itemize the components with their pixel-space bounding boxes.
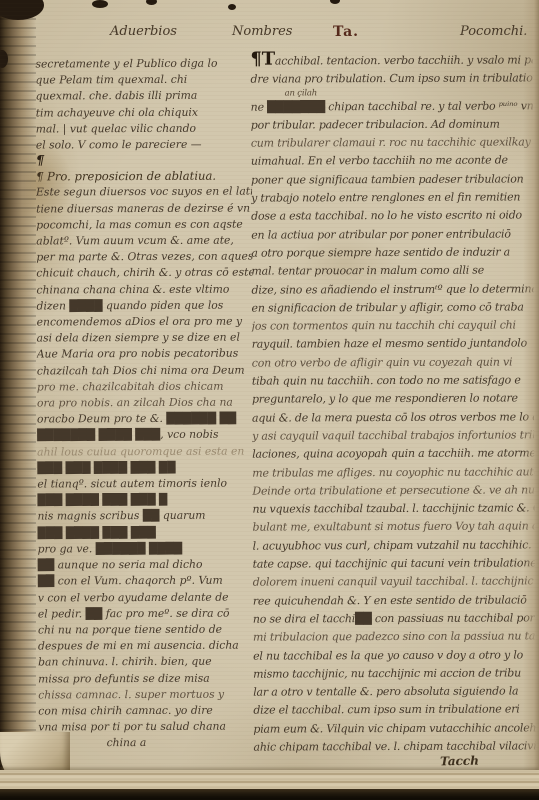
manuscript-line: tiene diuersas maneras de dezirse é vn: [36, 200, 252, 217]
manuscript-line: bulant me, exultabunt si motus fuero Voy…: [252, 518, 534, 538]
manuscript-line: chi nu na porque tiene sentido de: [38, 621, 254, 638]
manuscript-line: en significacion de tribular y afligir, …: [252, 298, 534, 318]
manuscript-line: ██ aunque no seria mal dicho: [38, 557, 254, 574]
manuscript-line: pro me. chazilcabitah dios chicam: [37, 378, 253, 395]
manuscript-line: ahil lous cuiua quoromque asi esta en: [37, 443, 253, 460]
manuscript-line: tate capse. qui tacchijnic qui tacuni ve…: [253, 554, 535, 574]
paper-sheet: Aduerbios Nombres Ta. Pocomchi. secretam…: [0, 0, 539, 800]
manuscript-line: por tribular. padecer tribulacion. Ad do…: [251, 115, 533, 135]
manuscript-line: uimahual. En el verbo tacchiih no me aco…: [251, 152, 533, 172]
manuscript-line: lar a otro v tentalle &. pero absoluta s…: [253, 682, 535, 702]
manuscript-line: el solo. V como le pareciere —: [36, 137, 252, 154]
manuscript-line: el nu tacchibal es la que yo causo v doy…: [253, 646, 535, 666]
manuscript-line: vna misa por ti por tu salud chana: [38, 719, 254, 736]
manuscript-line: ███ ███ ████ ███ ██: [37, 459, 253, 476]
manuscript-line: el pedir. ██ fac pro meº. se dira cō: [38, 605, 254, 622]
manuscript-line: dre viana pro tribulation. Cum ipso sum …: [251, 70, 533, 90]
manuscript-line: quexmal. che. dabis illi prima: [36, 88, 252, 105]
manuscript-line: ahic chipam tacchibal ve. l. chipam tacc…: [253, 737, 535, 757]
manuscript-line: rayquil. tambien haze el mesmo sentido j…: [252, 335, 534, 355]
manuscript-line: que Pelam tim quexmal. chi: [36, 72, 252, 89]
manuscript-line: ban chinuva. l. chirih. bien, que: [38, 654, 254, 671]
binding-gutter: [0, 0, 36, 800]
manuscript-line: encomendemos aDios el ora pro me y: [37, 314, 253, 331]
running-head-pocomchi: Pocomchi.: [460, 24, 527, 39]
manuscript-line: ¶ Pro. preposicion de ablatiua.: [36, 168, 252, 185]
manuscript-line: y trabajo notelo entre renglones en el f…: [251, 188, 533, 208]
manuscript-line: ███████ ████ ███, vco nobis: [37, 427, 253, 444]
manuscript-line: mi tribulacion que padezco sino con la p…: [253, 628, 535, 648]
manuscript-line: el tianqº. sicut autem timoris ienlo: [37, 476, 253, 493]
catchword: Tacch: [440, 754, 479, 769]
ink-damage-spot: [0, 0, 44, 20]
running-head-letter-ta: Ta.: [333, 24, 359, 40]
manuscript-line: despues de mi en mi ausencia. dicha: [38, 638, 254, 655]
manuscript-line: ¶: [36, 153, 252, 169]
manuscript-line: con otro verbo de afligir quin vu coyeza…: [252, 353, 534, 373]
manuscript-line: ora pro nobis. an zilcah Dios cha na: [37, 395, 253, 412]
manuscript-line: dize el tacchibal. cum ipso sum in tribu…: [253, 701, 535, 721]
page-stack-right-edge: [523, 0, 539, 800]
manuscript-line: nu vquexis tacchibal tzaubal. l. tacchij…: [252, 500, 534, 520]
manuscript-line: dizen ████ quando piden que los: [36, 297, 252, 314]
manuscript-line: pro ga ve. ██████ ████: [38, 540, 254, 557]
manuscript-line: laciones, quina acoyopah quin a tacchiih…: [252, 445, 534, 465]
manuscript-line: mal. tentar prouocar in malum como alli …: [251, 262, 533, 282]
ink-damage-spot: [92, 0, 108, 8]
manuscript-line: ██ con el Vum. chaqorch pº. Vum: [38, 573, 254, 590]
right-text-column: ¶Tacchibal. tentacion. verbo tacchiih. y…: [250, 49, 535, 774]
manuscript-line: chazilcah tah Dios chi nima ora Deum: [37, 362, 253, 379]
manuscript-line: ablatº. Vum auum vcum &. ame ate,: [36, 233, 252, 250]
manuscript-line: preguntarelo, y lo que me respondieren l…: [252, 390, 534, 410]
manuscript-line: l. acuyubhoc vus curl, chipam vutzahil n…: [253, 536, 535, 556]
running-head-nombres: Nombres: [232, 24, 292, 39]
manuscript-line: y asi cayquil vaquil tacchibal trabajos …: [252, 426, 534, 446]
manuscript-line: dose a esta tacchibal. no lo he visto es…: [251, 207, 533, 227]
running-head-aduerbios: Aduerbios: [110, 24, 177, 39]
manuscript-line: dize, sino es añadiendo el instrumᵗº que…: [251, 280, 533, 300]
manuscript-line: asi dela dizen siempre y se dize en el: [37, 330, 253, 347]
left-text-column: secretamente y el Publico diga loque Pel…: [35, 56, 254, 773]
manuscript-line: mal. | vut quelac vilic chando: [36, 120, 252, 137]
manuscript-line: piam eum &. Vilquin vic chipam vutacchih…: [253, 719, 535, 739]
manuscript-line: tibah quin nu tacchiih. con todo no me s…: [252, 371, 534, 391]
ink-damage-spot: [330, 0, 340, 4]
manuscript-line: chicuit chauch, chirih &. y otras cō est…: [36, 265, 252, 282]
manuscript-line: ¶Tacchibal. tentacion. verbo tacchiih. y…: [250, 49, 532, 71]
manuscript-line: missa pro defuntis se dize misa: [38, 670, 254, 687]
manuscript-line: me tribulas me afliges. nu coyophic nu t…: [252, 463, 534, 483]
manuscript-line: ne ███████ chipan tacchibal re. y tal ve…: [251, 97, 533, 117]
manuscript-line: no se dira el tacchi██ con passiuas nu t…: [253, 609, 535, 629]
manuscript-line: Este segun diuersos voc suyos en el lati…: [36, 184, 252, 201]
manuscript-line: aqui &. de la mera puesta cō los otros v…: [252, 408, 534, 428]
ink-damage-spot: [146, 0, 157, 5]
manuscript-line: chinana chana china &. este vltimo: [36, 281, 252, 298]
manuscript-line: ███ ████ ███ ███: [37, 524, 253, 541]
manuscript-line: a otro porque siempre haze sentido de in…: [251, 243, 533, 263]
manuscript-line: cum tribularer clamaui r. roc nu tacchih…: [251, 134, 533, 154]
manuscript-line: chissa camnac. l. super mortuos y: [38, 686, 254, 703]
manuscript-line: tim achayeuve chi ola chiquix: [36, 104, 252, 121]
manuscript-line: ree quicuhendah &. Y en este sentido de …: [253, 591, 535, 611]
manuscript-line: ███ ████ ███ ███ █: [37, 492, 253, 509]
manuscript-line: poner que significaua tambien padeser tr…: [251, 170, 533, 190]
manuscript-page: Aduerbios Nombres Ta. Pocomchi. secretam…: [0, 0, 539, 800]
manuscript-line: per ma parte &. Otras vezes, con aqueste: [36, 249, 252, 266]
page-stack-bottom-edge: [0, 770, 539, 790]
manuscript-line: v con el verbo ayudame delante de: [38, 589, 254, 606]
manuscript-line: con misa chirih camnac. yo dire: [38, 702, 254, 719]
manuscript-line: en la actiua por atribular por poner ent…: [251, 225, 533, 245]
book-cover-bottom-edge: [0, 789, 539, 800]
manuscript-line: Aue Maria ora pro nobis pecatoribus: [37, 346, 253, 363]
manuscript-line: secretamente y el Publico diga lo: [35, 56, 251, 73]
manuscript-line: Deinde orta tribulatione et persecutione…: [252, 481, 534, 501]
manuscript-line: dolorem inueni canquil vayuil tacchibal.…: [253, 573, 535, 593]
manuscript-line: pocomchi, la mas comun es con aqste: [36, 216, 252, 233]
ink-damage-spot: [228, 4, 236, 10]
manuscript-line: oracbo Deum pro te &. ██████ ██: [37, 411, 253, 428]
manuscript-line: nis magnis scribus ██ quarum: [37, 508, 253, 525]
manuscript-line: china a: [38, 735, 254, 752]
manuscript-line: jos con tormentos quin nu tacchih chi ca…: [252, 317, 534, 337]
manuscript-line: mismo tacchijnic, nu tacchijnic mi accio…: [253, 664, 535, 684]
